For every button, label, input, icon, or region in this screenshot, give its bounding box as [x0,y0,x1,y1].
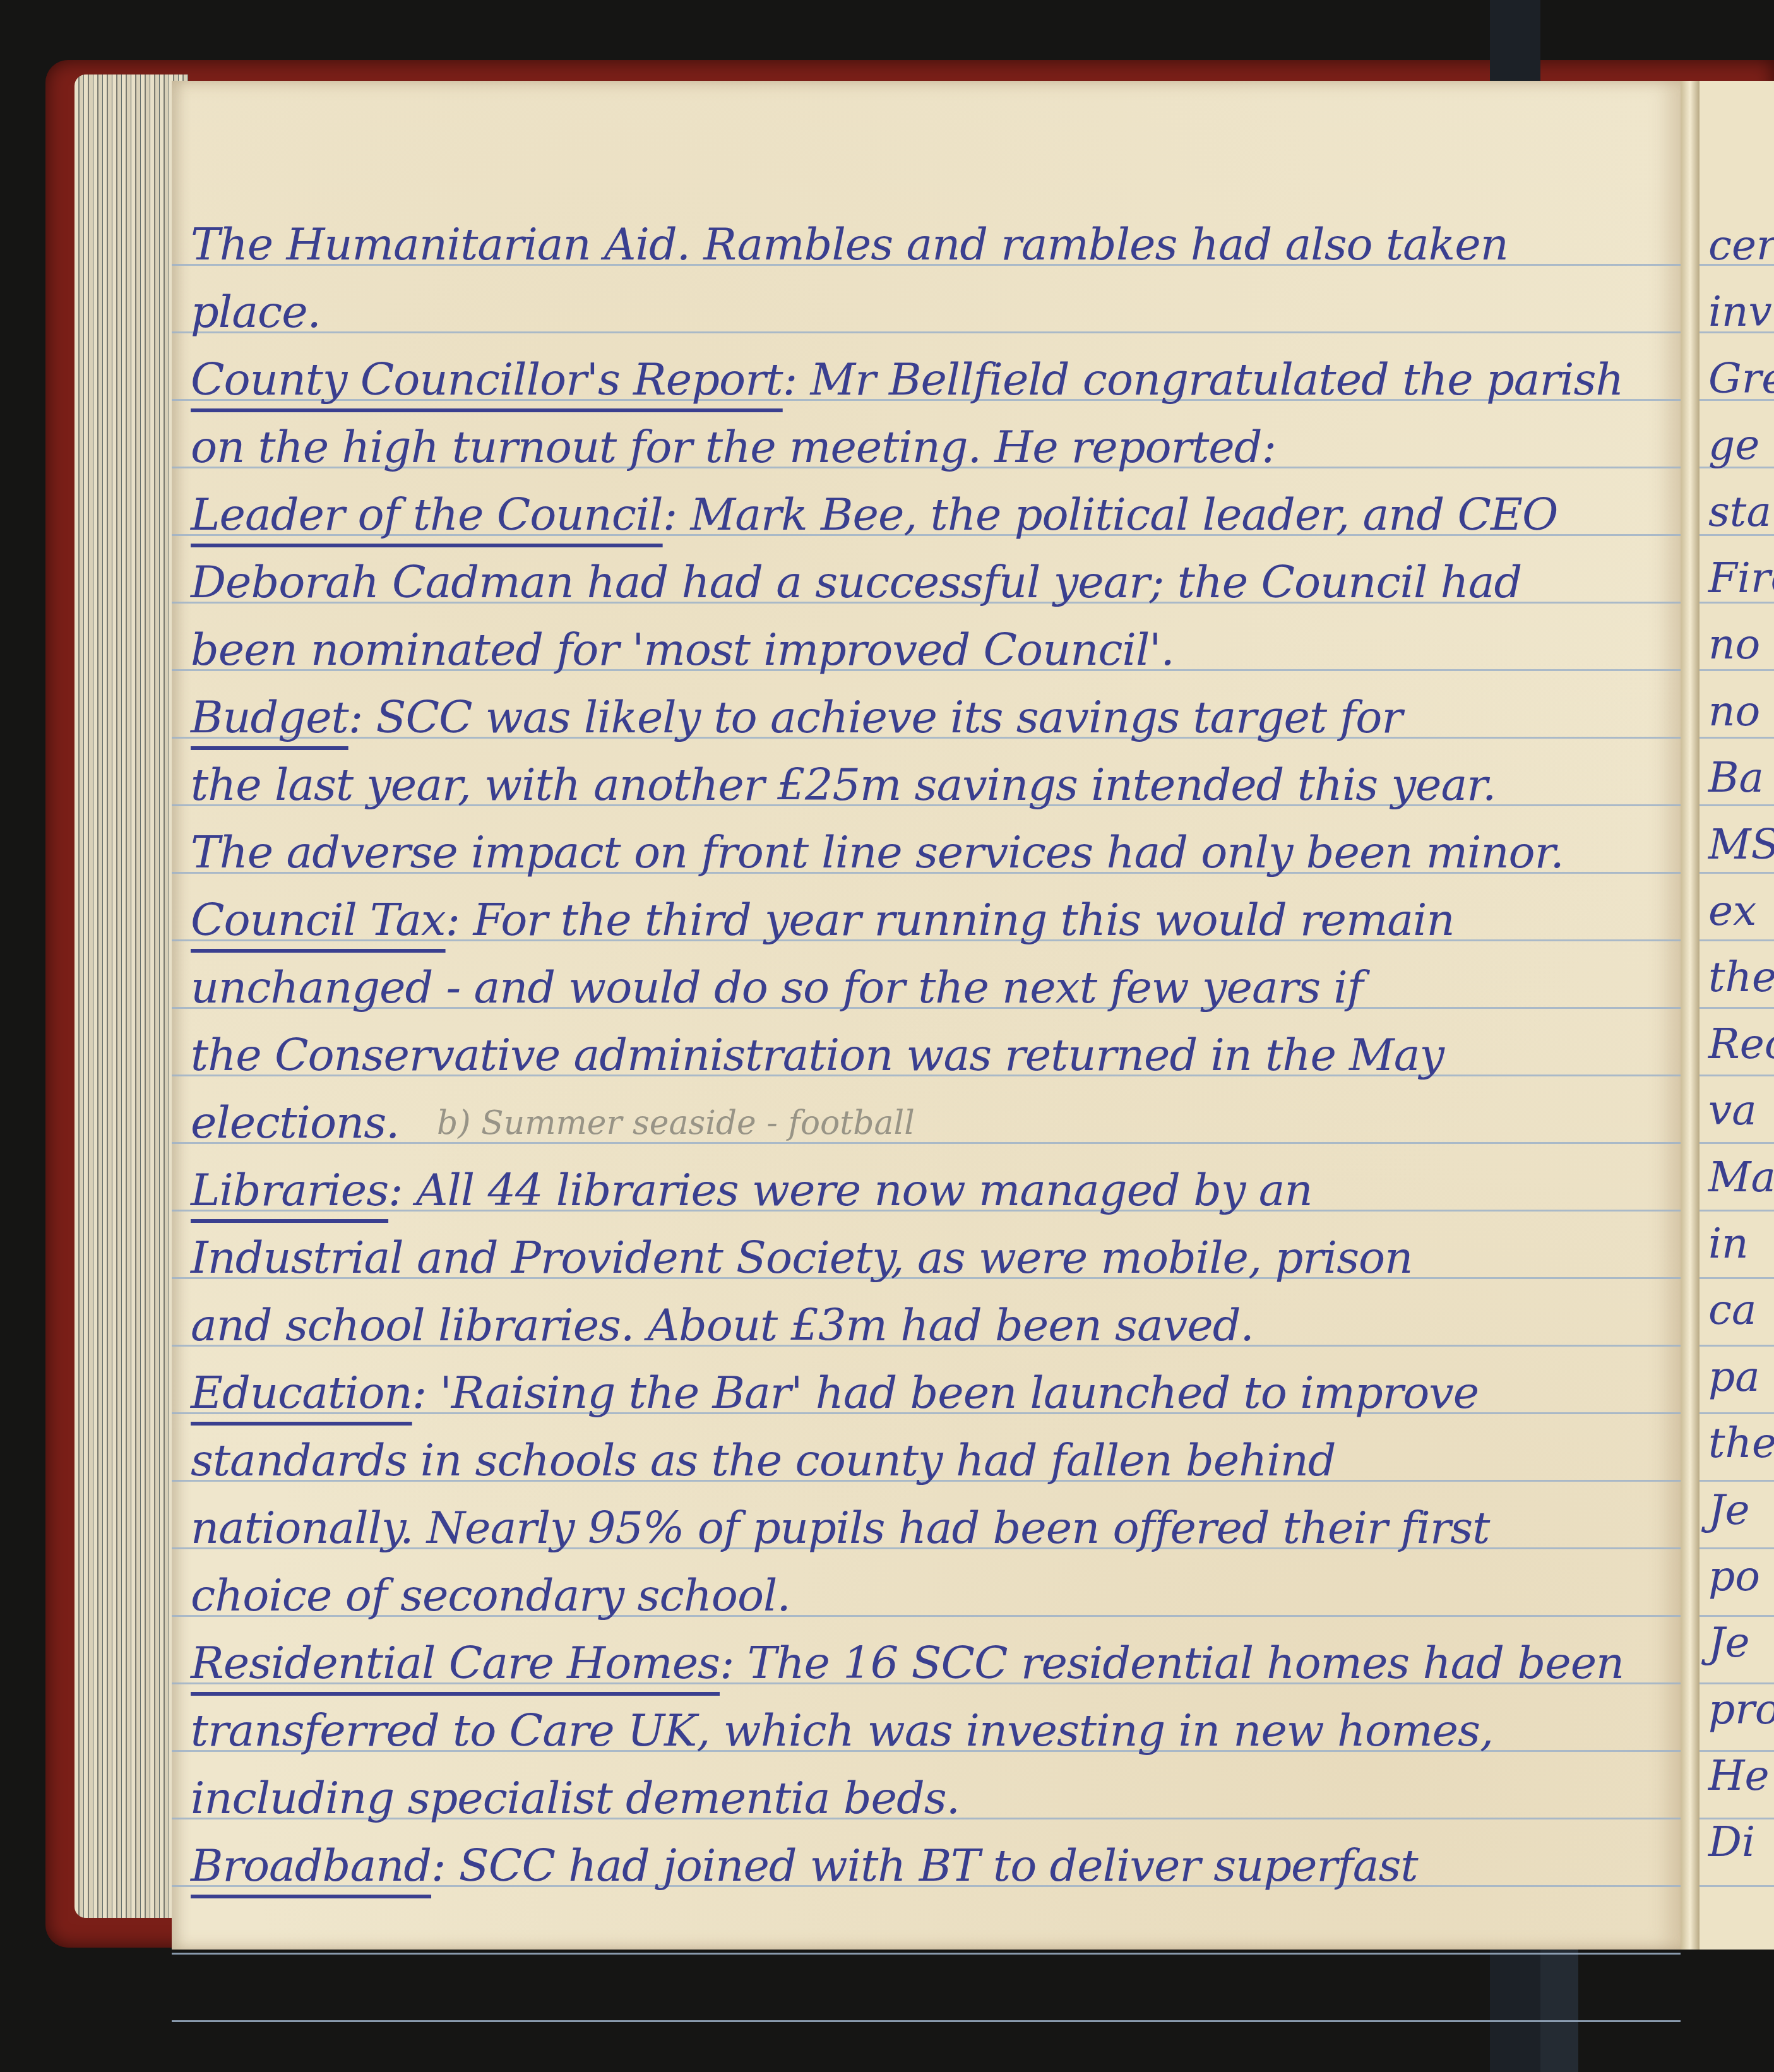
left-page: The Humanitarian Aid. Rambles and ramble… [172,81,1681,1950]
ruled-line [1700,669,1774,671]
handwritten-line: Education: 'Raising the Bar' had been la… [191,1367,1479,1419]
ruled-line [1700,1682,1774,1684]
ruled-line [1700,1547,1774,1549]
handwritten-line: Industrial and Provident Society, as wer… [191,1232,1412,1283]
line-text: : 'Raising the Bar' had been launched to… [412,1367,1479,1419]
right-page-fragment: Di [1708,1818,1755,1866]
line-text: elections. [191,1097,399,1148]
right-page-fragment: Ma [1708,1153,1774,1201]
line-text: : SCC had joined with BT to deliver supe… [431,1840,1418,1891]
handwritten-line: choice of secondary school. [191,1569,790,1621]
right-page-fragment: Ba [1708,753,1764,802]
right-page-fragment: ex [1708,886,1756,935]
right-page-fragment: cer [1708,221,1774,270]
line-text: unchanged - and would do so for the next… [191,962,1363,1013]
handwritten-line: transferred to Care UK, which was invest… [191,1705,1493,1756]
handwritten-line: and school libraries. About £3m had been… [191,1299,1254,1351]
handwritten-line: Council Tax: For the third year running … [191,894,1455,946]
ruled-line [172,2020,1681,2022]
ruled-line [1700,1210,1774,1212]
handwritten-line: on the high turnout for the meeting. He … [191,421,1276,473]
section-heading: Residential Care Homes [191,1637,720,1689]
right-page-fragment: Je [1708,1486,1750,1534]
right-page-fragment: the [1708,953,1774,1001]
line-text: The Humanitarian Aid. Rambles and ramble… [191,218,1508,270]
book-gutter [1681,81,1700,1950]
right-page-fragment: the [1708,1419,1774,1467]
line-text: nationally. Nearly 95% of pupils had bee… [191,1502,1489,1554]
handwritten-line: Budget: SCC was likely to achieve its sa… [191,691,1402,743]
handwritten-line: nationally. Nearly 95% of pupils had bee… [191,1502,1489,1554]
line-text: standards in schools as the county had f… [191,1434,1336,1486]
right-page-fragment: Je [1708,1618,1750,1667]
handwritten-line: place. [191,286,321,338]
ruled-line [1700,1412,1774,1414]
ruled-line [1700,872,1774,874]
ruled-line [1700,939,1774,941]
line-text: the Conservative administration was retu… [191,1029,1444,1081]
ruled-line [172,1953,1681,1955]
ruled-line [1700,1007,1774,1009]
ruled-line [1700,737,1774,739]
right-page-fragment: sta [1708,487,1771,536]
line-text: The adverse impact on front line service… [191,826,1564,878]
right-page-fragment: He [1708,1751,1770,1800]
section-heading: Libraries [191,1164,388,1216]
right-page-fragment: po [1708,1552,1760,1600]
right-page-fragment: no [1708,687,1760,735]
line-text: place. [191,286,321,338]
line-text: Industrial and Provident Society, as wer… [191,1232,1412,1283]
handwritten-line: standards in schools as the county had f… [191,1434,1336,1486]
handwritten-line: Broadband: SCC had joined with BT to del… [191,1840,1418,1891]
handwritten-line: The Humanitarian Aid. Rambles and ramble… [191,218,1508,270]
handwritten-line: County Councillor's Report: Mr Bellfield… [191,354,1623,405]
line-text: the last year, with another £25m savings… [191,759,1496,811]
section-heading: Education [191,1367,412,1419]
ruled-line [1700,1277,1774,1279]
handwritten-line: been nominated for 'most improved Counci… [191,624,1174,676]
line-text: : Mark Bee, the political leader, and CE… [663,489,1558,540]
handwritten-line: Leader of the Council: Mark Bee, the pol… [191,489,1558,540]
ruled-line [1700,1480,1774,1482]
line-text: been nominated for 'most improved Counci… [191,624,1174,676]
handwritten-line: unchanged - and would do so for the next… [191,962,1363,1013]
right-page-fragment: va [1708,1086,1757,1134]
ruled-line [1700,804,1774,806]
handwritten-line: Residential Care Homes: The 16 SCC resid… [191,1637,1624,1689]
line-text: transferred to Care UK, which was invest… [191,1705,1493,1756]
right-page-fragment: in [1708,1219,1749,1268]
right-page-fragment: Gre [1708,354,1774,403]
ruled-line [1700,1615,1774,1617]
ruled-line [1700,1142,1774,1144]
section-heading: Broadband [191,1840,431,1891]
ruled-line [172,331,1681,333]
section-heading: Budget [191,691,348,743]
line-text: and school libraries. About £3m had been… [191,1299,1254,1351]
right-page-fragment: Fire [1708,554,1774,602]
ruled-line [1700,1345,1774,1347]
ruled-line [1700,1885,1774,1887]
section-heading: Council Tax [191,894,446,946]
right-page: cerinvGregestaFirenonoBaMSextheRecvaMain… [1700,81,1774,1950]
right-page-fragment: inv [1708,287,1772,336]
handwritten-line: Libraries: All 44 libraries were now man… [191,1164,1313,1216]
page-edges [74,74,188,1918]
right-page-fragment: pa [1708,1352,1760,1401]
handwritten-line: The adverse impact on front line service… [191,826,1564,878]
line-text: : SCC was likely to achieve its savings … [348,691,1402,743]
ruled-line [1700,1075,1774,1076]
right-page-fragment: MS [1708,820,1774,869]
right-page-fragment: pro [1708,1685,1774,1734]
pencil-annotation: b) Summer seaside - football [437,1104,915,1142]
handwritten-line: the last year, with another £25m savings… [191,759,1496,811]
line-text: choice of secondary school. [191,1569,790,1621]
line-text: : All 44 libraries were now managed by a… [388,1164,1313,1216]
handwritten-line: the Conservative administration was retu… [191,1029,1444,1081]
line-text: including specialist dementia beds. [191,1772,960,1824]
open-notebook: The Humanitarian Aid. Rambles and ramble… [0,0,1774,2072]
line-text: : The 16 SCC residential homes had been [720,1637,1624,1689]
right-page-fragment: no [1708,620,1760,669]
section-heading: County Councillor's Report [191,354,783,405]
right-page-fragment: ge [1708,420,1759,469]
line-text: : Mr Bellfield congratulated the parish [783,354,1624,405]
section-heading: Leader of the Council [191,489,663,540]
handwritten-line: including specialist dementia beds. [191,1772,960,1824]
right-page-fragment: Rec [1708,1020,1774,1068]
right-page-fragment: ca [1708,1285,1756,1334]
line-text: Deborah Cadman had had a successful year… [191,556,1521,608]
handwritten-line: elections. [191,1097,399,1148]
line-text: on the high turnout for the meeting. He … [191,421,1276,473]
handwritten-line: Deborah Cadman had had a successful year… [191,556,1521,608]
line-text: : For the third year running this would … [446,894,1455,946]
